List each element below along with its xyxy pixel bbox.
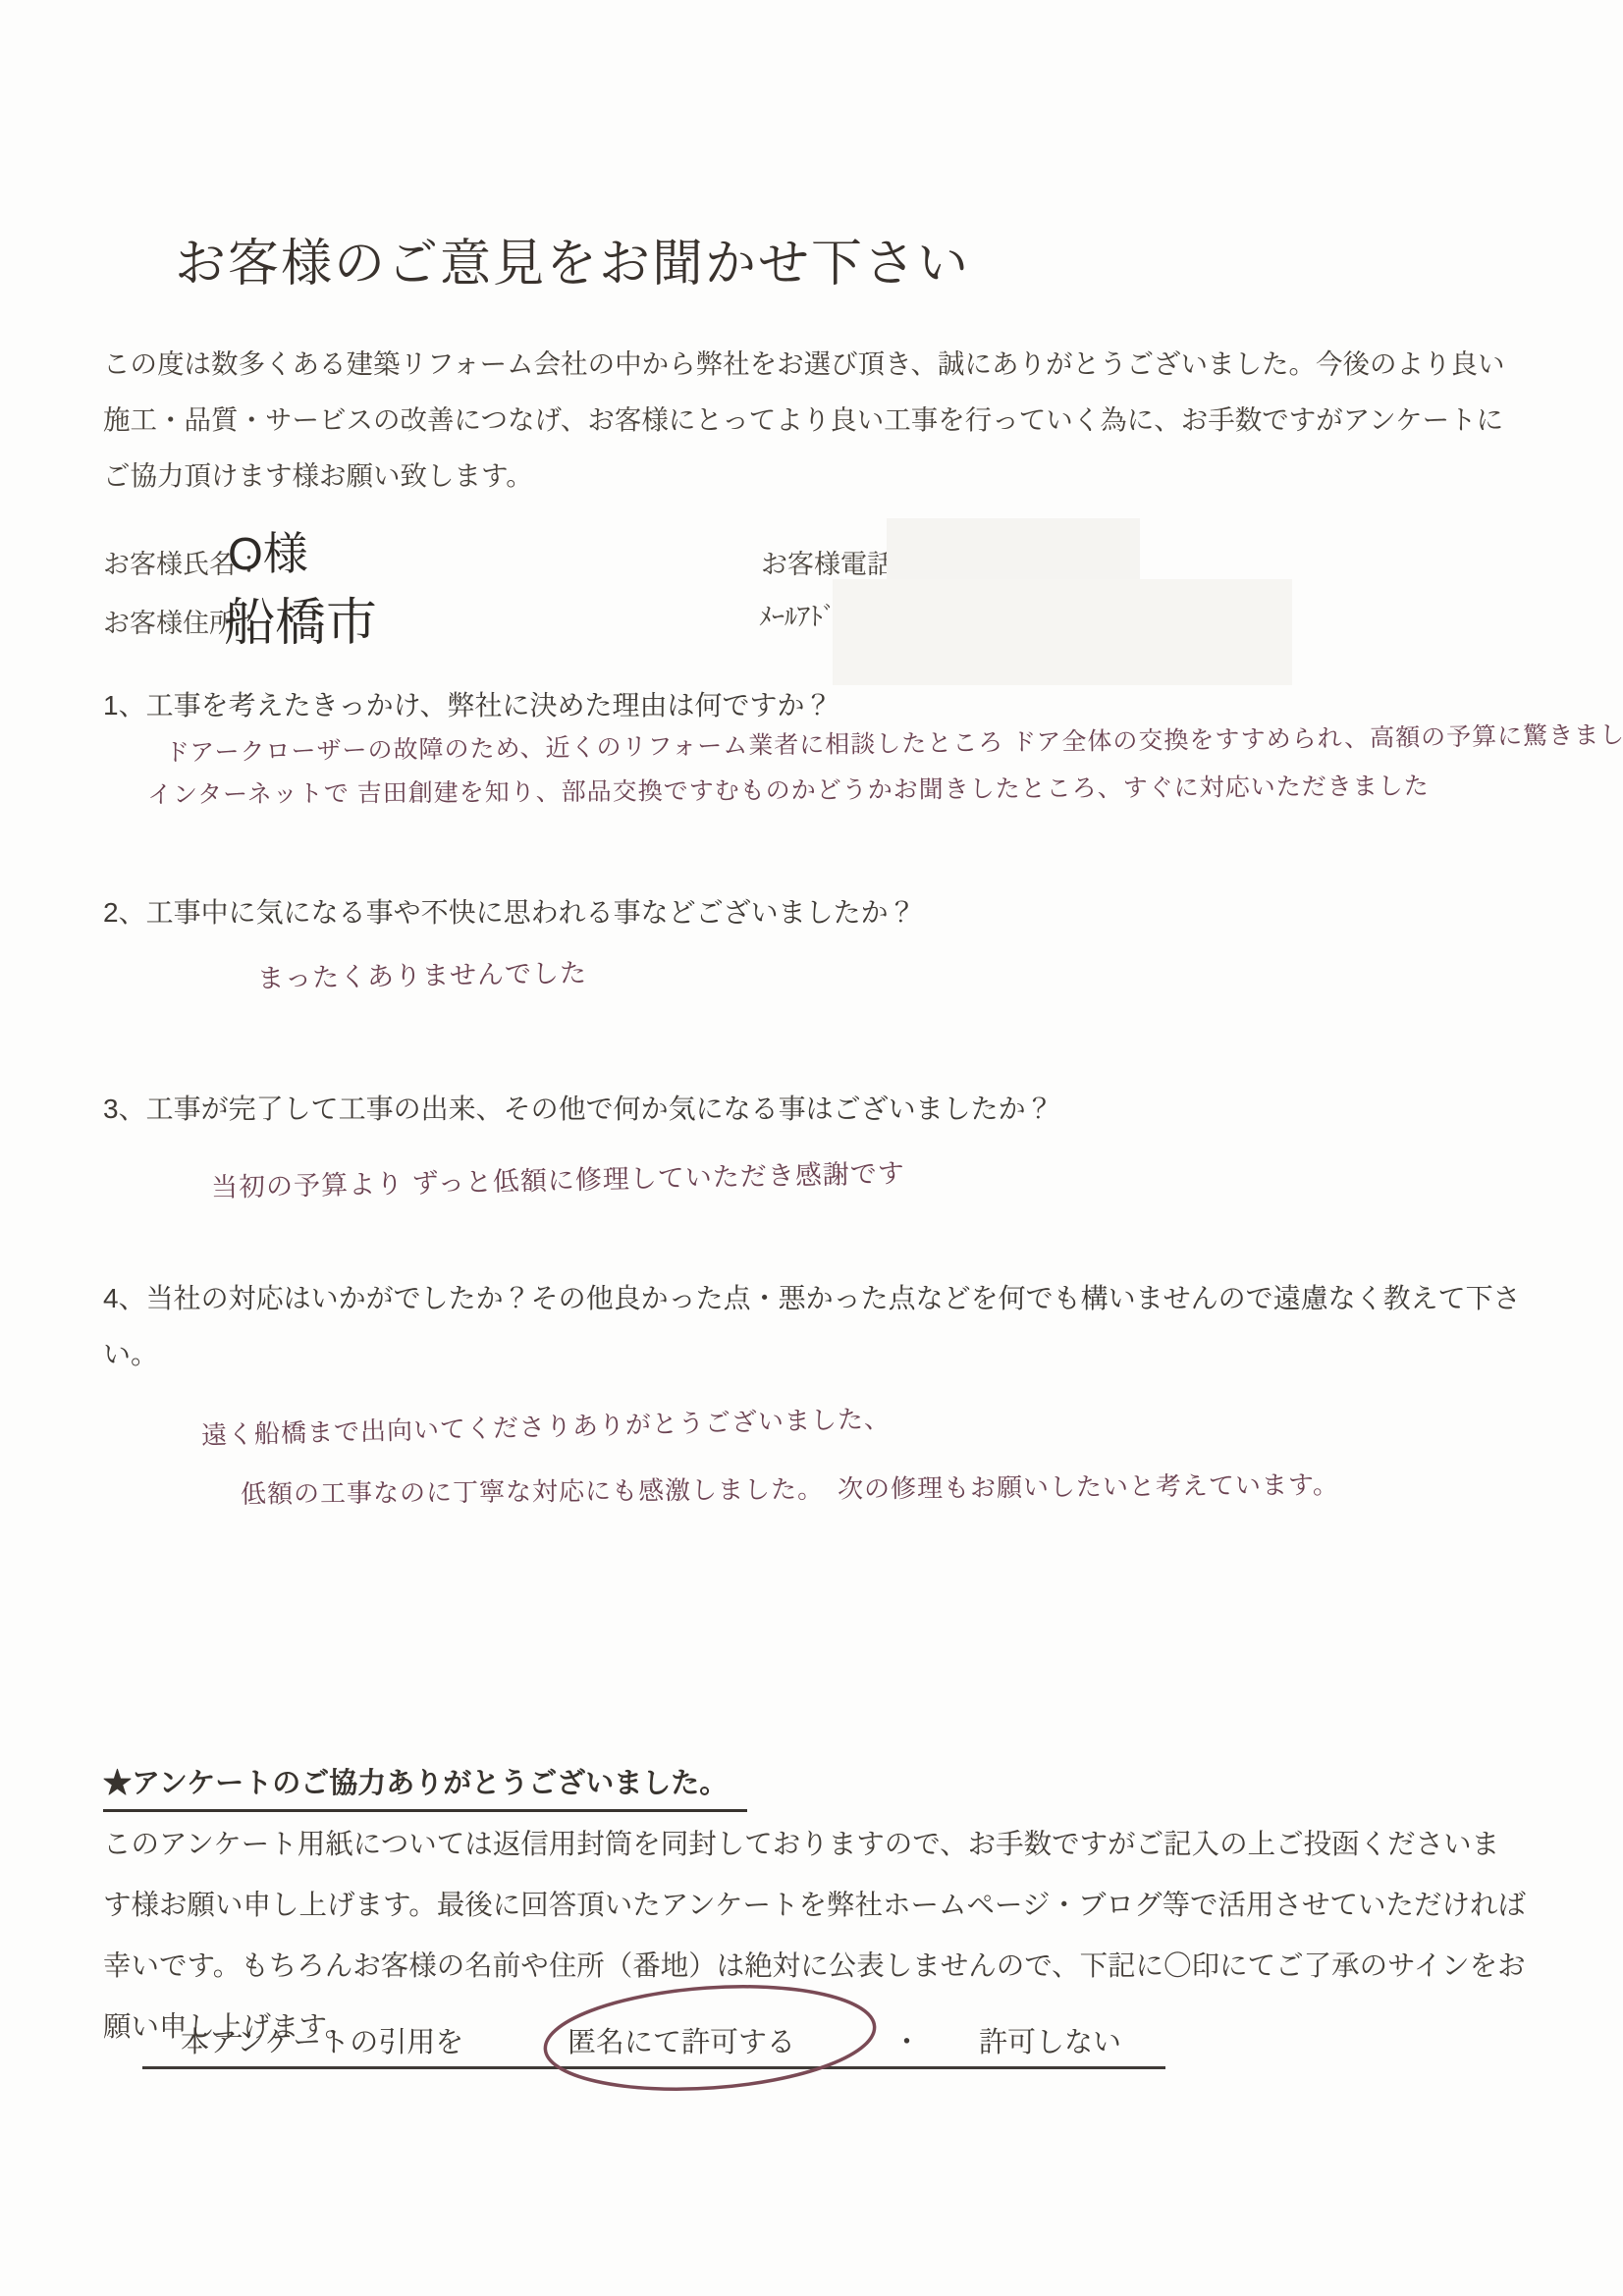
question-3-handwritten-answer: 当初の予算より ずっと低額に修理していただき感謝です [211, 1151, 906, 1204]
consent-option-deny: 許可しない [979, 2020, 1121, 2060]
question-1-text: 工事を考えたきっかけ、弊社に決めた理由は何ですか？ [146, 690, 833, 721]
thanks-heading: ★アンケートのご協力ありがとうございました。 [103, 1761, 747, 1812]
question-3-text: 工事が完了して工事の出来、その他で何か気になる事はございましたか？ [146, 1094, 1054, 1124]
question-2-text: 工事中に気になる事や不快に思われる事などございましたか？ [146, 897, 916, 928]
question-3-number: 3、 [103, 1094, 146, 1124]
question-1-handwritten-answer-line-2: インターネットで 吉田創建を知り、部品交換ですむものかどうかお聞きしたところ、す… [147, 767, 1430, 811]
redacted-email-value [833, 579, 1292, 685]
question-2: 2、工事中に気になる事や不快に思われる事などございましたか？ [103, 884, 916, 940]
question-4: 4、当社の対応はいかがでしたか？その他良かった点・悪かった点などを何でも構いませ… [103, 1270, 1539, 1382]
consent-lead-text: 本アンケートの引用を [181, 2020, 463, 2060]
scanned-survey-sheet: お客様のご意見をお聞かせ下さい この度は数多くある建築リフォーム会社の中から弊社… [0, 0, 1623, 2296]
question-1-number: 1、 [103, 690, 146, 721]
customer-address-value: 船橋市 [224, 581, 377, 655]
consent-separator-dot: ・ [893, 2020, 921, 2060]
customer-name-value: O様 [228, 518, 308, 583]
page-title: お客様のご意見をお聞かせ下さい [175, 222, 970, 295]
hand-drawn-circle-annotation [535, 1981, 885, 2103]
question-4-number: 4、 [103, 1283, 146, 1313]
question-4-handwritten-answer-line-2: 低額の工事なのに丁寧な対応にも感激しました。 次の修理もお願いしたいと考えていま… [241, 1465, 1339, 1511]
question-2-handwritten-answer: まったくありませんでした [257, 951, 588, 995]
question-4-handwritten-answer-line-1: 遠く船橋まで出向いてくださりありがとうございました、 [201, 1399, 892, 1452]
question-4-text: 当社の対応はいかがでしたか？その他良かった点・悪かった点などを何でも構いませんの… [103, 1283, 1521, 1369]
redacted-phone-value [887, 518, 1140, 579]
question-1: 1、工事を考えたきっかけ、弊社に決めた理由は何ですか？ [103, 677, 832, 733]
question-2-number: 2、 [103, 897, 146, 928]
intro-paragraph: この度は数多くある建築リフォーム会社の中から弊社をお選び頂き、誠にありがとうござ… [103, 336, 1512, 504]
question-3: 3、工事が完了して工事の出来、その他で何か気になる事はございましたか？ [103, 1081, 1054, 1137]
